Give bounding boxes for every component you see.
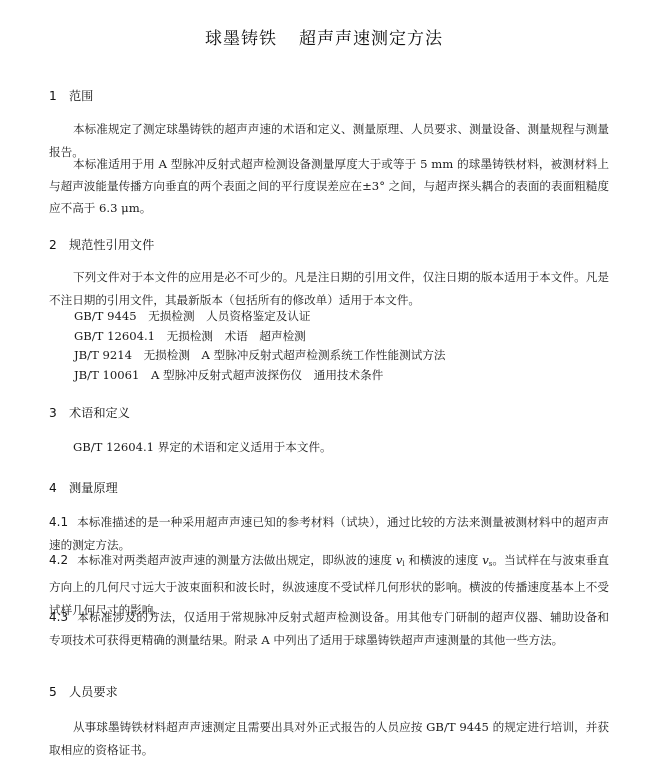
title-method: 超声声速测定方法 — [299, 29, 443, 49]
section-5-paragraph-1: 从事球墨铸铁材料超声声速测定且需要出具对外正式报告的人员应按 GB/T 9445… — [49, 716, 609, 762]
section-3-paragraph-1: GB/T 12604.1 界定的术语和定义适用于本文件。 — [73, 436, 633, 459]
section-4-heading: 4测量原理 — [49, 479, 118, 496]
clause-4-3: 4.3本标准涉及的方法，仅适用于常规脉冲反射式超声检测设备。用其他专门研制的超声… — [49, 606, 609, 652]
title-material: 球墨铸铁 — [205, 29, 277, 49]
reference-item: JB/T 10061 A 型脉冲反射式超声波探伤仪 通用技术条件 — [74, 365, 383, 385]
section-3-heading: 3术语和定义 — [49, 404, 130, 421]
section-1-heading: 1范围 — [49, 87, 93, 104]
reference-item: JB/T 9214 无损检测 A 型脉冲反射式超声检测系统工作性能测试方法 — [74, 345, 446, 365]
reference-item: GB/T 12604.1 无损检测 术语 超声检测 — [74, 326, 306, 346]
reference-item: GB/T 9445 无损检测 人员资格鉴定及认证 — [74, 306, 311, 326]
document-title: 球墨铸铁超声声速测定方法 — [0, 24, 648, 49]
section-2-heading: 2规范性引用文件 — [49, 236, 154, 253]
section-5-heading: 5人员要求 — [49, 683, 118, 700]
section-1-paragraph-2: 本标准适用于用 A 型脉冲反射式超声检测设备测量厚度大于或等于 5 mm 的球墨… — [49, 153, 609, 219]
